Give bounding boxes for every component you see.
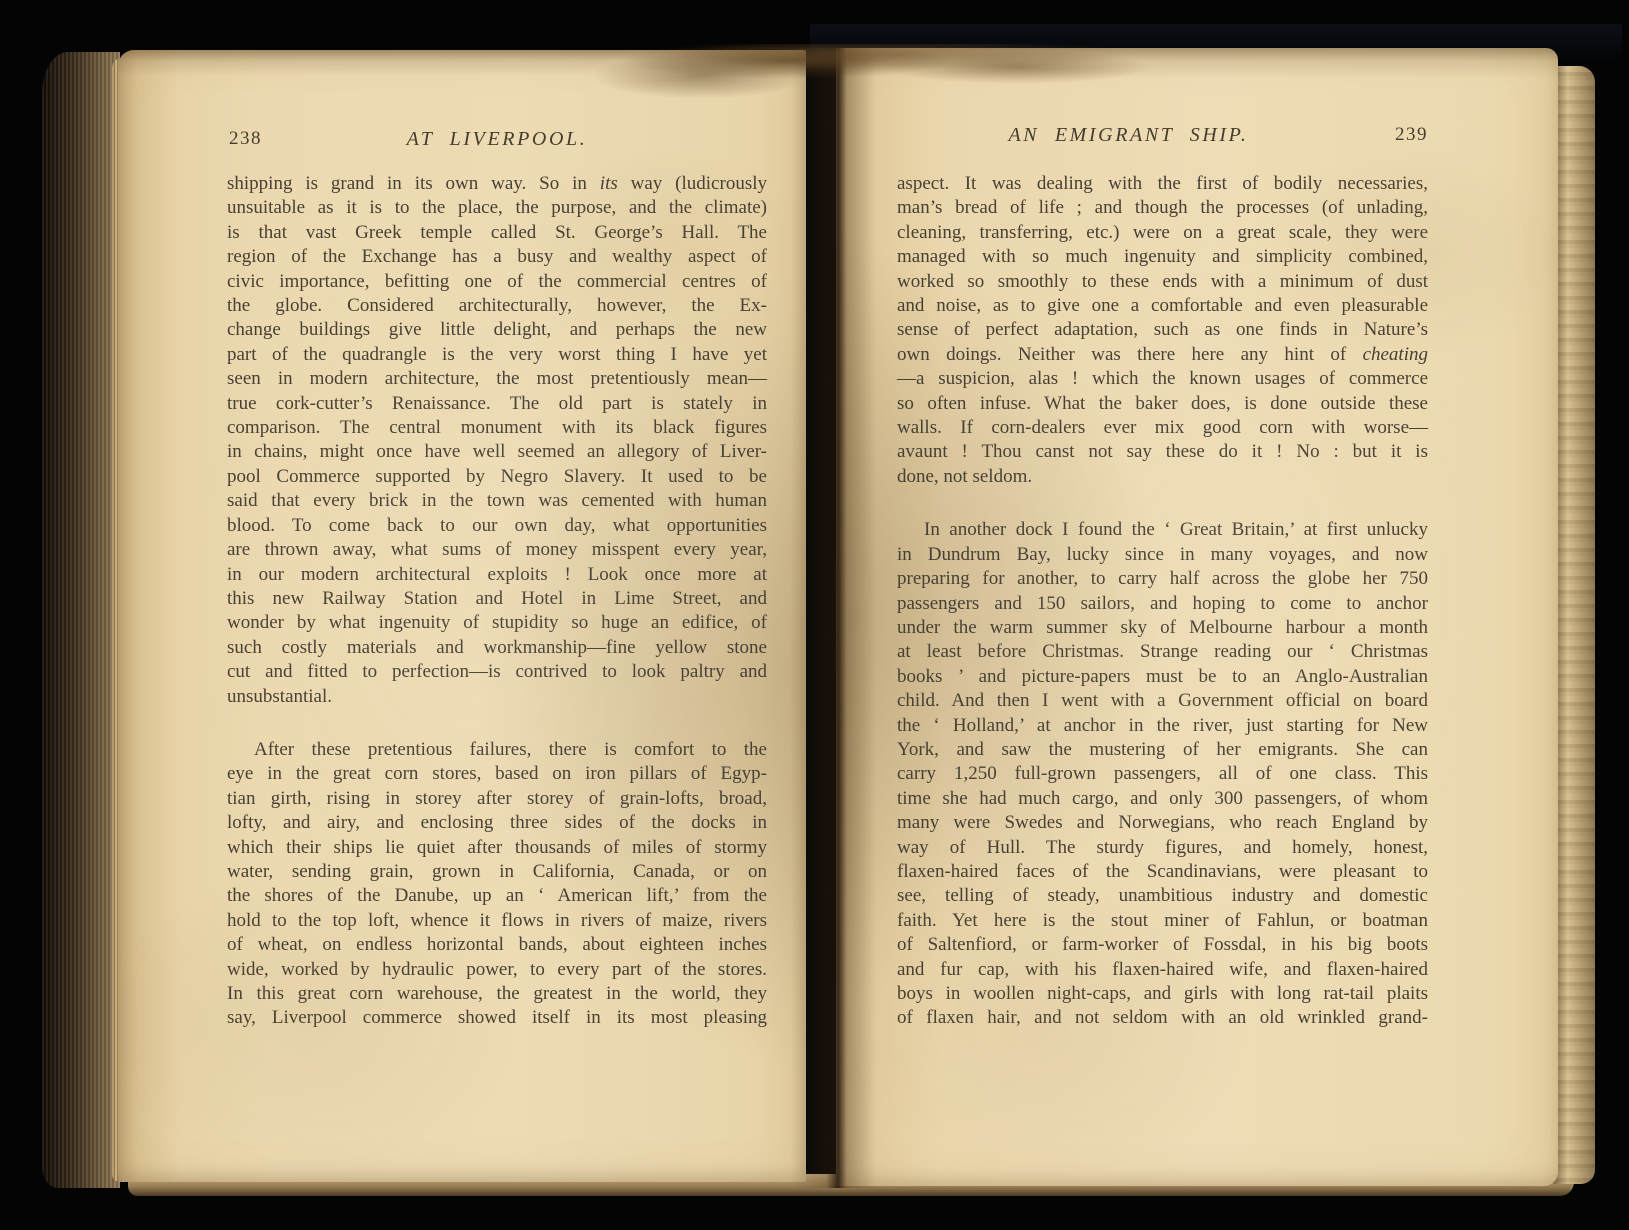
text-line: so often infuse. What the baker does, is… [897,392,1428,416]
text-line: faith. Yet here is the stout miner of Fa… [897,909,1428,933]
text-line: unsuitable as it is to the place, the pu… [227,196,767,220]
text-line: avaunt ! Thou canst not say these do it … [897,440,1428,464]
text-line: man’s bread of life ; and though the pro… [897,196,1428,220]
text-line: true cork-cutter’s Renaissance. The old … [227,392,767,416]
text-line: of Saltenfiord, or farm-worker of Fossda… [897,933,1428,957]
text-line: wide, worked by hydraulic power, to ever… [227,958,767,982]
open-book: 238 AT LIVERPOOL. shipping is grand in i… [0,0,1629,1230]
text-line: in Dundrum Bay, lucky since in many voya… [897,543,1428,567]
text-line: such costly materials and workmanship—fi… [227,636,767,660]
right-page-head: AN EMIGRANT SHIP. 239 [897,124,1428,152]
text-line: said that every brick in the town was ce… [227,489,767,513]
text-line: tian girth, rising in storey after store… [227,787,767,811]
text-line: the shores of the Danube, up an ‘ Americ… [227,884,767,908]
text-line: and fur cap, with his flaxen-haired wife… [897,958,1428,982]
text-line: York, and saw the mustering of her emigr… [897,738,1428,762]
text-line: in chains, might once have well seemed a… [227,440,767,464]
right-page-stack-edge [1552,66,1595,1184]
text-line: managed with so much ingenuity and simpl… [897,245,1428,269]
left-page: 238 AT LIVERPOOL. shipping is grand in i… [118,50,806,1182]
text-line: lofty, and airy, and enclosing three sid… [227,811,767,835]
text-line: flaxen-haired faces of the Scandinavians… [897,860,1428,884]
paragraph: aspect. It was dealing with the first of… [897,172,1428,489]
text-line: civic importance, befitting one of the c… [227,270,767,294]
photo-backdrop: 238 AT LIVERPOOL. shipping is grand in i… [0,0,1629,1230]
text-line: which their ships lie quiet after thousa… [227,836,767,860]
text-line: pool Commerce supported by Negro Slavery… [227,465,767,489]
running-header-right: AN EMIGRANT SHIP. [1008,124,1248,147]
text-line: In another dock I found the ‘ Great Brit… [897,518,1428,542]
text-line: seen in modern architecture, the most pr… [227,367,767,391]
text-line: carry 1,250 full-grown passengers, all o… [897,762,1428,786]
text-line: change buildings give little delight, an… [227,318,767,342]
text-line: many were Swedes and Norwegians, who rea… [897,811,1428,835]
text-line: comparison. The central monument with it… [227,416,767,440]
text-line: say, Liverpool commerce showed itself in… [227,1006,767,1030]
text-line: at least before Christmas. Strange readi… [897,640,1428,664]
text-line: unsubstantial. [227,685,767,709]
text-line: After these pretentious failures, there … [227,738,767,762]
text-line: aspect. It was dealing with the first of… [897,172,1428,196]
text-line: sense of perfect adaptation, such as one… [897,318,1428,342]
running-header-left: AT LIVERPOOL. [407,128,588,151]
text-line: in our modern architectural exploits ! L… [227,563,767,587]
text-line: worked so smoothly to these ends with a … [897,270,1428,294]
text-line: passengers and 150 sailors, and hoping t… [897,592,1428,616]
text-line: walls. If corn-dealers ever mix good cor… [897,416,1428,440]
text-column-right: aspect. It was dealing with the first of… [897,172,1428,1031]
text-line: the globe. Considered architecturally, h… [227,294,767,318]
text-line: hold to the top loft, whence it flows in… [227,909,767,933]
paragraph: shipping is grand in its own way. So in … [227,172,767,709]
page-number-left: 238 [229,128,262,150]
text-line: child. And then I went with a Government… [897,689,1428,713]
text-line: preparing for another, to carry half acr… [897,567,1428,591]
text-line: shipping is grand in its own way. So in … [227,172,767,196]
text-column-left: shipping is grand in its own way. So in … [227,172,767,1031]
text-line: water, sending grain, grown in Californi… [227,860,767,884]
text-line: cleaning, transferring, etc.) were on a … [897,221,1428,245]
text-line: the ‘ Holland,’ at anchor in the river, … [897,714,1428,738]
paragraph: After these pretentious failures, there … [227,738,767,1031]
text-line: done, not seldom. [897,465,1428,489]
text-line: In this great corn warehouse, the greate… [227,982,767,1006]
text-line: of flaxen hair, and not seldom with an o… [897,1006,1428,1030]
text-line: part of the quadrangle is the very worst… [227,343,767,367]
text-line: region of the Exchange has a busy and we… [227,245,767,269]
text-line: this new Railway Station and Hotel in Li… [227,587,767,611]
right-page: AN EMIGRANT SHIP. 239 aspect. It was dea… [836,48,1558,1186]
left-page-stack-edge [42,52,120,1188]
text-line: and noise, as to give one a comfortable … [897,294,1428,318]
page-number-right: 239 [1395,124,1428,146]
text-line: is that vast Greek temple called St. Geo… [227,221,767,245]
text-line: of wheat, on endless horizontal bands, a… [227,933,767,957]
text-line: wonder by what ingenuity of stupidity so… [227,611,767,635]
text-line: boys in woollen night-caps, and girls wi… [897,982,1428,1006]
text-line: blood. To come back to our own day, what… [227,514,767,538]
text-line: cut and fitted to perfection—is contrive… [227,660,767,684]
text-line: own doings. Neither was there here any h… [897,343,1428,367]
text-line: books ’ and picture-papers must be to an… [897,665,1428,689]
text-line: under the warm summer sky of Melbourne h… [897,616,1428,640]
text-line: eye in the great corn stores, based on i… [227,762,767,786]
paragraph: In another dock I found the ‘ Great Brit… [897,518,1428,1031]
left-page-head: 238 AT LIVERPOOL. [227,128,767,156]
text-line: see, telling of steady, unambitious indu… [897,884,1428,908]
text-line: way of Hull. The sturdy figures, and hom… [897,836,1428,860]
text-line: are thrown away, what sums of money miss… [227,538,767,562]
text-line: —a suspicion, alas ! which the known usa… [897,367,1428,391]
text-line: time she had much cargo, and only 300 pa… [897,787,1428,811]
